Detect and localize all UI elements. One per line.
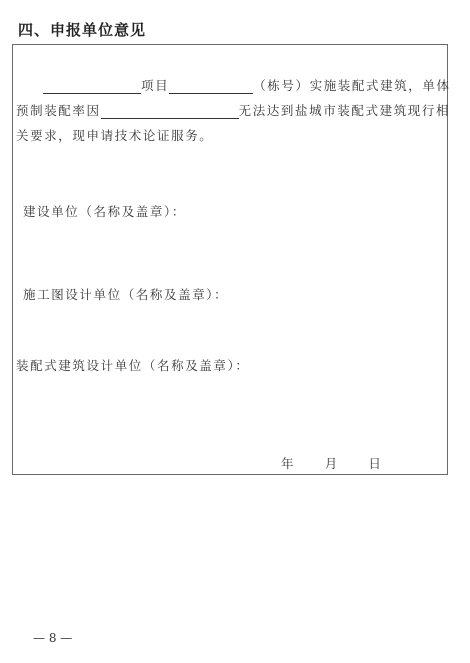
page-number: — 8 — bbox=[33, 631, 72, 645]
paragraph-line-1: 项目（栋号）实施装配式建筑，单体 bbox=[43, 76, 451, 94]
reason-blank[interactable] bbox=[101, 106, 239, 119]
section-heading: 四、申报单位意见 bbox=[18, 19, 146, 40]
paragraph-line-2: 预制装配率因无法达到盐城市装配式建筑现行相 bbox=[16, 101, 450, 119]
construction-unit-label: 建设单位（名称及盖章）： bbox=[23, 202, 186, 220]
drawing-design-unit-label: 施工图设计单位（名称及盖章）： bbox=[23, 285, 228, 303]
year-label: 年 bbox=[281, 454, 295, 472]
building-number-blank[interactable] bbox=[169, 81, 253, 94]
project-name-blank[interactable] bbox=[43, 81, 141, 94]
date-line: 年 月 日 bbox=[281, 454, 382, 472]
building-label: （栋号）实施装配式建筑，单体 bbox=[253, 78, 450, 93]
paragraph-line-3: 关要求，现申请技术论证服务。 bbox=[16, 126, 213, 144]
day-label: 日 bbox=[368, 454, 382, 472]
opinion-box: 项目（栋号）实施装配式建筑，单体 预制装配率因无法达到盐城市装配式建筑现行相 关… bbox=[12, 44, 448, 475]
month-label: 月 bbox=[325, 454, 339, 472]
prefab-rate-label: 预制装配率因 bbox=[16, 103, 101, 118]
requirement-text: 无法达到盐城市装配式建筑现行相 bbox=[239, 103, 451, 118]
project-label: 项目 bbox=[141, 78, 169, 93]
prefab-design-unit-label: 装配式建筑设计单位（名称及盖章）： bbox=[16, 356, 249, 374]
